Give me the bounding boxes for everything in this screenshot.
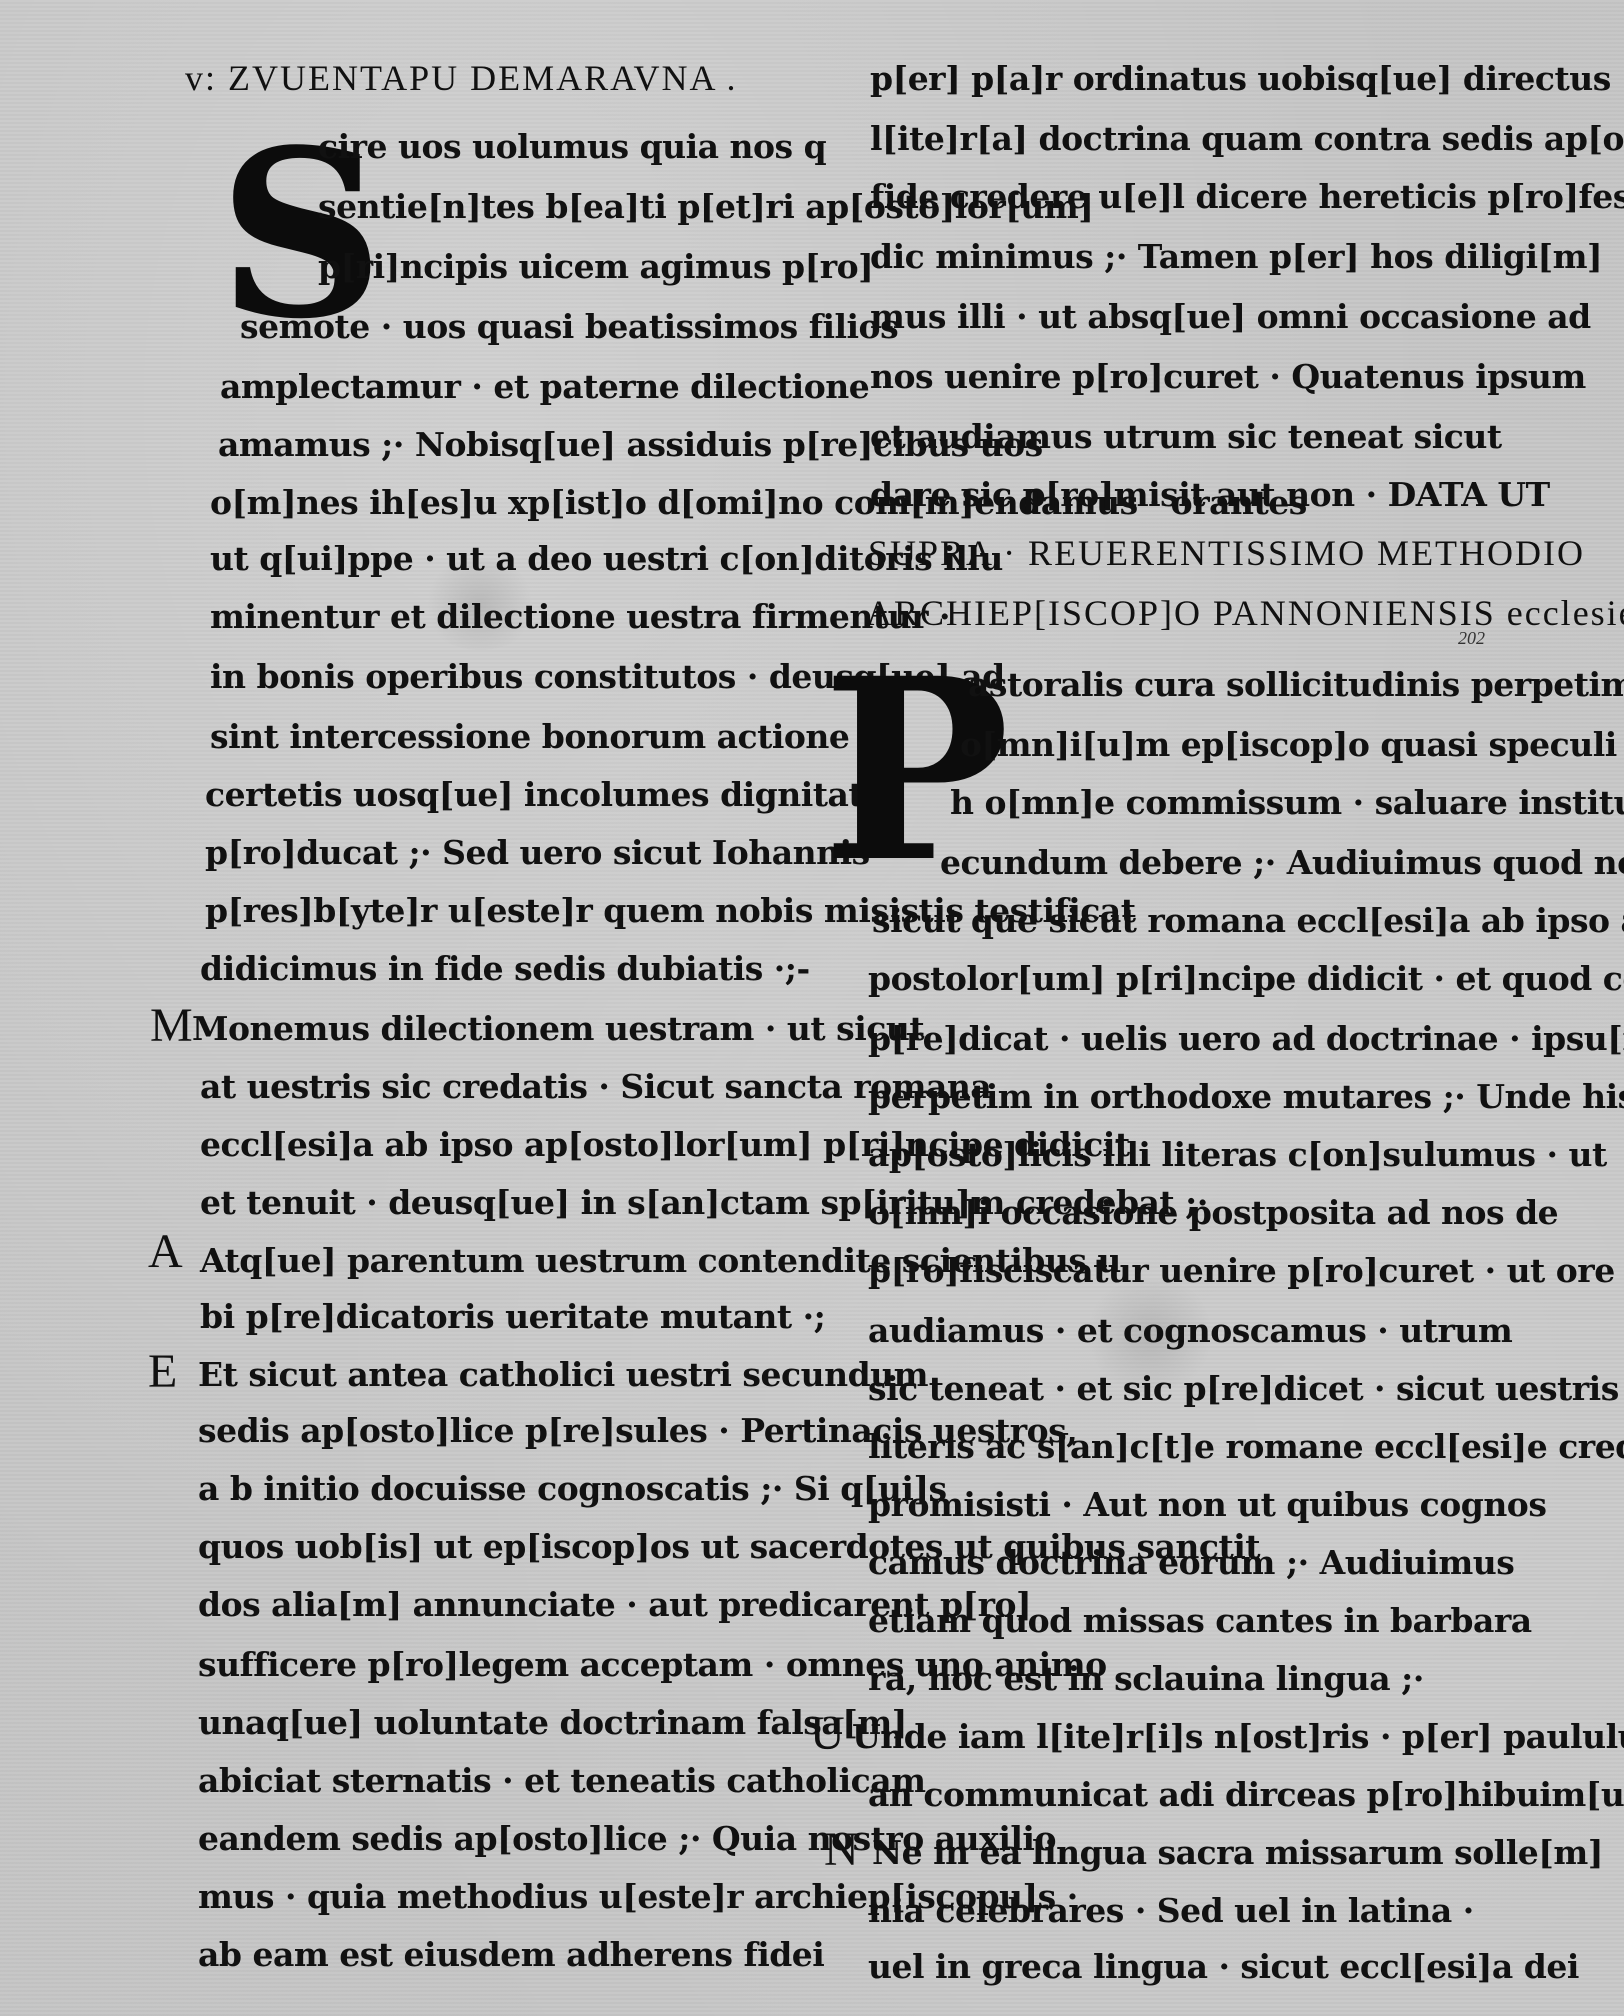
text-line: sint intercessione bonorum actione de <box>210 720 903 753</box>
text-line: Ne in ea lingua sacra missarum solle[m] <box>872 1836 1603 1869</box>
text-line: Et sicut antea catholici uestri secundum <box>198 1358 928 1391</box>
text-line: mus illi · ut absq[ue] omni occasione ad <box>870 300 1591 333</box>
text-line: o[mn]i occasione postposita ad nos de <box>868 1196 1558 1229</box>
text-line: ecundum debere ;· Audiuimus quod non <box>940 846 1624 879</box>
text-line: h o[mn]e commissum · saluare instituet e… <box>950 786 1624 819</box>
text-line: p[ro]ducat ;· Sed uero sicut Iohannis <box>205 836 870 869</box>
text-line: bi p[re]dicatoris ueritate mutant ·; <box>200 1300 825 1333</box>
text-line: dare sic p[ro]misit aut non · DATA UT <box>870 478 1550 511</box>
text-line: amplectamur · et paterne dilectione <box>220 370 869 403</box>
text-line: perpetim in orthodoxe mutares ;· Unde hi… <box>868 1080 1624 1113</box>
text-line: p[er] p[a]r ordinatus uobisq[ue] directu… <box>870 62 1624 95</box>
text-line: cire uos uolumus quia nos q <box>318 130 826 163</box>
text-line: p[ri]ncipis uicem agimus p[ro] <box>318 250 873 283</box>
text-line: literis ac s[an]c[t]e romane eccl[esi]e … <box>868 1430 1624 1463</box>
text-line: a b initio docuisse cognoscatis ;· Si q[… <box>198 1472 947 1505</box>
text-line: et audiamus utrum sic teneat sicut <box>870 420 1502 453</box>
manuscript-page: v: ZVUENTAPU DEMARAVNA . S cire uos uolu… <box>0 0 1624 2016</box>
text-line: an communicat adi dirceas p[ro]hibuim[us… <box>868 1778 1624 1811</box>
text-line: nos uenire p[ro]curet · Quatenus ipsum <box>870 360 1586 393</box>
text-line: nia celebrares · Sed uel in latina · <box>868 1894 1474 1927</box>
text-line: ra, hoc est in sclauina lingua ;· <box>868 1662 1424 1695</box>
text-line: abiciat sternatis · et teneatis catholic… <box>198 1764 926 1797</box>
text-line: sic teneat · et sic p[re]dicet · sicut u… <box>868 1372 1624 1405</box>
text-line: didicimus in fide sedis dubiatis ·;- <box>200 952 810 985</box>
text-line: semote · uos quasi beatissimos filios <box>240 310 898 343</box>
marginal-capital-e: E <box>148 1348 177 1396</box>
text-line: camus doctrina eorum ;· Audiuimus <box>868 1546 1514 1579</box>
text-line: promisisti · Aut non ut quibus cognos <box>868 1488 1546 1521</box>
text-line: p[ro]fisciscatur uenire p[ro]curet · ut … <box>868 1254 1624 1287</box>
text-line: o[mn]i[u]m ep[iscop]o quasi speculi part… <box>960 728 1624 761</box>
text-line: Unde iam l[ite]r[i]s n[ost]ris · p[er] p… <box>852 1720 1624 1753</box>
text-line: dic minimus ;· Tamen p[er] hos diligi[m] <box>870 240 1602 273</box>
text-line: ap[osto]licis illi literas c[on]sulumus … <box>868 1138 1607 1171</box>
marginal-page-number: 202 <box>1458 628 1485 649</box>
text-line: postolor[um] p[ri]ncipe didicit · et quo… <box>868 962 1624 995</box>
letter-heading: v: ZVUENTAPU DEMARAVNA . <box>185 60 737 96</box>
address-line: SUPRA · REUERENTISSIMO METHODIO <box>868 535 1585 571</box>
text-line: p[re]dicat · uelis uero ad doctrinae · i… <box>868 1022 1624 1055</box>
text-line: etiam quod missas cantes in barbara <box>868 1604 1532 1637</box>
text-line: ab eam est eiusdem adherens fidei <box>198 1938 824 1971</box>
text-line: Monemus dilectionem uestram · ut sicut <box>192 1012 924 1045</box>
marginal-capital-m: M <box>150 1002 193 1050</box>
text-line: astoralis cura sollicitudinis perpetim <box>968 668 1624 701</box>
text-line: l[ite]r[a] doctrina quam contra sedis ap… <box>870 122 1624 155</box>
text-line: fide credere u[e]l dicere hereticis p[ro… <box>870 180 1624 213</box>
text-line: unaq[ue] uoluntate doctrinam falsa[m] <box>198 1706 907 1739</box>
marginal-capital-a: A <box>148 1228 183 1276</box>
text-line: sicut que sicut romana eccl[esi]a ab ips… <box>872 904 1624 937</box>
marginal-capital-n: N <box>824 1826 859 1874</box>
marginal-capital-u: U <box>810 1710 845 1758</box>
text-line: certetis uosq[ue] incolumes dignitate <box>205 778 884 811</box>
text-line: audiamus · et cognoscamus · utrum <box>868 1314 1512 1347</box>
text-line: uel in greca lingua · sicut eccl[esi]a d… <box>868 1950 1579 1983</box>
